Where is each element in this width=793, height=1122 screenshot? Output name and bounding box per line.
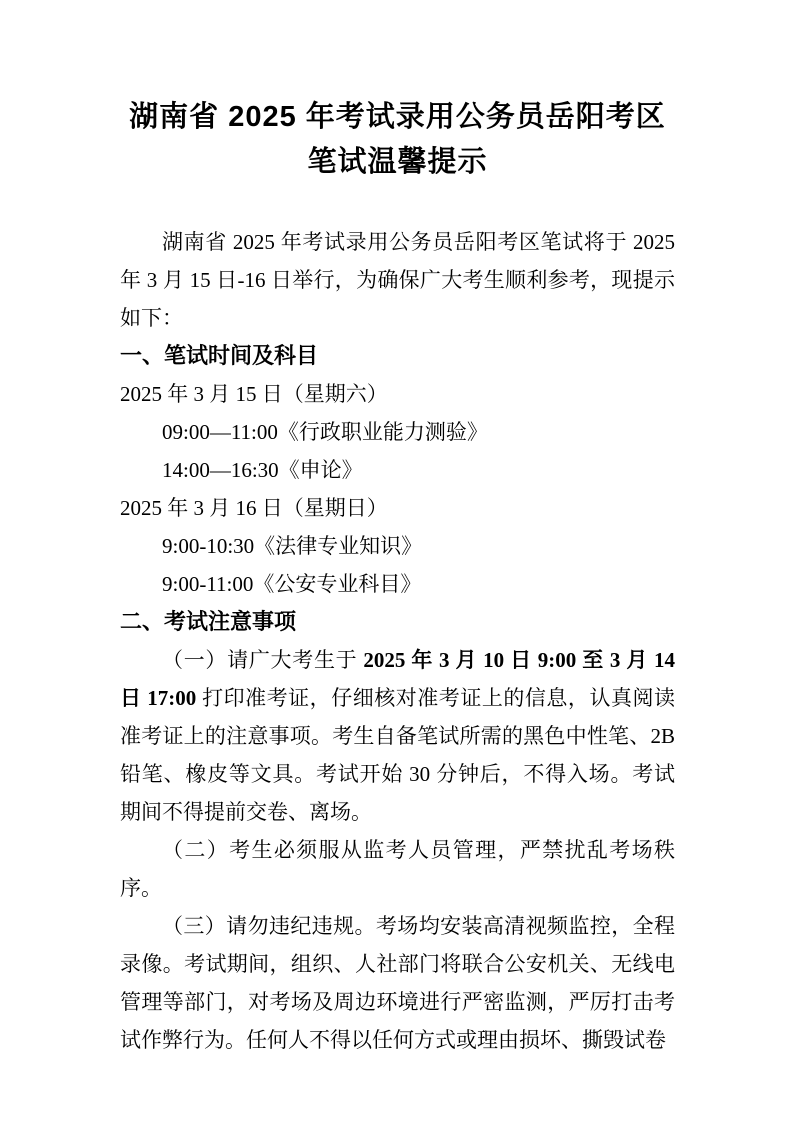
document-title: 湖南省 2025 年考试录用公务员岳阳考区 笔试温馨提示 <box>120 95 675 185</box>
document-title-line-1: 湖南省 2025 年考试录用公务员岳阳考区 <box>120 95 675 140</box>
notice-item-1: （一）请广大考生于 2025 年 3 月 10 日 9:00 至 3 月 14 … <box>120 641 675 831</box>
schedule-date-line: 2025 年 3 月 15 日（星期六） <box>120 375 675 413</box>
section-2-heading: 二、考试注意事项 <box>120 603 675 641</box>
schedule-time-line: 09:00—11:00《行政职业能力测验》 <box>120 413 675 451</box>
notice-item-3: （三）请勿违纪违规。考场均安装高清视频监控，全程录像。考试期间，组织、人社部门将… <box>120 907 675 1059</box>
schedule-time-line: 9:00-10:30《法律专业知识》 <box>120 527 675 565</box>
schedule-time-line: 14:00—16:30《申论》 <box>120 451 675 489</box>
document-page: 湖南省 2025 年考试录用公务员岳阳考区 笔试温馨提示 湖南省 2025 年考… <box>0 0 793 1122</box>
schedule-date-line: 2025 年 3 月 16 日（星期日） <box>120 489 675 527</box>
document-title-line-2: 笔试温馨提示 <box>120 140 675 185</box>
notice-item-1-text-pre: （一）请广大考生于 <box>162 648 363 672</box>
intro-paragraph: 湖南省 2025 年考试录用公务员岳阳考区笔试将于 2025 年 3 月 15 … <box>120 223 675 337</box>
schedule-time-line: 9:00-11:00《公安专业科目》 <box>120 565 675 603</box>
notice-item-2: （二）考生必须服从监考人员管理，严禁扰乱考场秩序。 <box>120 831 675 907</box>
notice-item-1-text-post: 打印准考证，仔细核对准考证上的信息，认真阅读准考证上的注意事项。考生自备笔试所需… <box>120 686 675 824</box>
section-1-heading: 一、笔试时间及科目 <box>120 337 675 375</box>
